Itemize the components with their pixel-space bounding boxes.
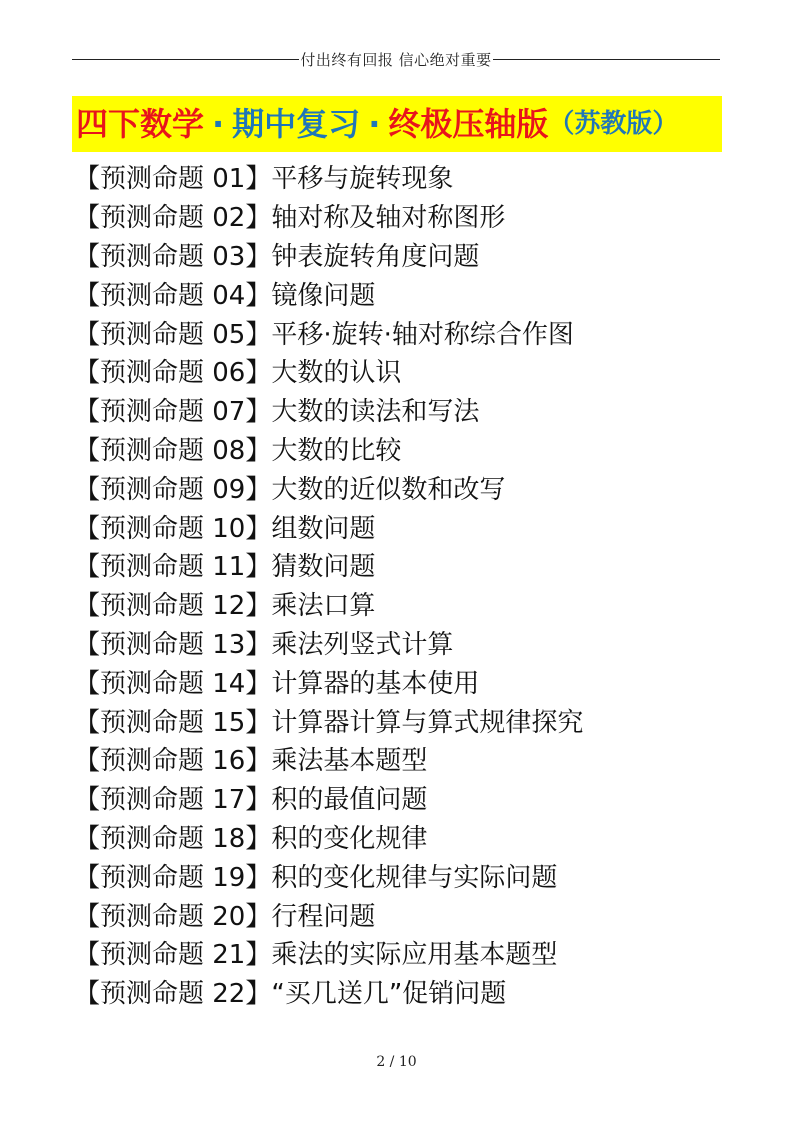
document-title: 四下数学 · 期中复习 · 终极压轴版 （苏教版） — [72, 96, 722, 152]
list-item: 【预测命题 06】大数的认识 — [74, 354, 583, 393]
topic-label: 【预测命题 06】 — [74, 360, 271, 386]
topic-label: 【预测命题 03】 — [74, 244, 271, 270]
list-item: 【预测命题 03】钟表旋转角度问题 — [74, 238, 583, 277]
list-item: 【预测命题 21】乘法的实际应用基本题型 — [74, 936, 583, 975]
topic-label: 【预测命题 04】 — [74, 283, 271, 309]
list-item: 【预测命题 18】积的变化规律 — [74, 820, 583, 859]
topic-title: 组数问题 — [271, 516, 375, 542]
title-separator-dot: · — [204, 108, 232, 140]
list-item: 【预测命题 22】“买几送几”促销问题 — [74, 975, 583, 1014]
list-item: 【预测命题 11】猜数问题 — [74, 548, 583, 587]
list-item: 【预测命题 04】镜像问题 — [74, 276, 583, 315]
topic-label: 【预测命题 01】 — [74, 166, 271, 192]
list-item: 【预测命题 16】乘法基本题型 — [74, 742, 583, 781]
topic-title: 乘法基本题型 — [271, 748, 427, 774]
title-segment-edition-note: （苏教版） — [548, 111, 678, 137]
topic-title: 钟表旋转角度问题 — [271, 244, 479, 270]
topic-title: 镜像问题 — [271, 283, 375, 309]
topic-title: “买几送几”促销问题 — [271, 981, 506, 1007]
topic-title: 大数的近似数和改写 — [271, 477, 505, 503]
topic-title: 大数的读法和写法 — [271, 399, 479, 425]
list-item: 【预测命题 01】平移与旋转现象 — [74, 160, 583, 199]
topic-label: 【预测命题 13】 — [74, 632, 271, 658]
header-rule-right — [493, 59, 720, 60]
topic-title: 行程问题 — [271, 904, 375, 930]
topic-title: 计算器的基本使用 — [271, 671, 479, 697]
topic-list: 【预测命题 01】平移与旋转现象【预测命题 02】轴对称及轴对称图形【预测命题 … — [74, 160, 583, 1014]
topic-label: 【预测命题 05】 — [74, 322, 271, 348]
topic-label: 【预测命题 02】 — [74, 205, 271, 231]
title-segment-ultimate-edition: 终极压轴版 — [388, 108, 548, 140]
topic-label: 【预测命题 16】 — [74, 748, 271, 774]
list-item: 【预测命题 09】大数的近似数和改写 — [74, 470, 583, 509]
topic-label: 【预测命题 07】 — [74, 399, 271, 425]
list-item: 【预测命题 05】平移·旋转·轴对称综合作图 — [74, 315, 583, 354]
topic-title: 乘法的实际应用基本题型 — [271, 942, 557, 968]
topic-label: 【预测命题 10】 — [74, 516, 271, 542]
topic-label: 【预测命题 20】 — [74, 904, 271, 930]
page-number: 2 / 10 — [0, 1054, 793, 1070]
topic-title: 平移与旋转现象 — [271, 166, 453, 192]
topic-label: 【预测命题 17】 — [74, 787, 271, 813]
title-segment-midterm-review: 期中复习 — [232, 108, 360, 140]
list-item: 【预测命题 10】组数问题 — [74, 509, 583, 548]
topic-label: 【预测命题 08】 — [74, 438, 271, 464]
list-item: 【预测命题 17】积的最值问题 — [74, 781, 583, 820]
list-item: 【预测命题 14】计算器的基本使用 — [74, 664, 583, 703]
topic-title: 乘法口算 — [271, 593, 375, 619]
list-item: 【预测命题 19】积的变化规律与实际问题 — [74, 858, 583, 897]
list-item: 【预测命题 15】计算器计算与算式规律探究 — [74, 703, 583, 742]
title-segment-grade-subject: 四下数学 — [76, 108, 204, 140]
list-item: 【预测命题 08】大数的比较 — [74, 432, 583, 471]
topic-title: 积的最值问题 — [271, 787, 427, 813]
list-item: 【预测命题 13】乘法列竖式计算 — [74, 626, 583, 665]
topic-label: 【预测命题 21】 — [74, 942, 271, 968]
topic-title: 轴对称及轴对称图形 — [271, 205, 505, 231]
topic-title: 积的变化规律与实际问题 — [271, 865, 557, 891]
title-separator-dot: · — [360, 108, 388, 140]
topic-title: 计算器计算与算式规律探究 — [271, 710, 583, 736]
topic-label: 【预测命题 22】 — [74, 981, 271, 1007]
topic-label: 【预测命题 12】 — [74, 593, 271, 619]
topic-title: 大数的比较 — [271, 438, 401, 464]
topic-title: 乘法列竖式计算 — [271, 632, 453, 658]
list-item: 【预测命题 07】大数的读法和写法 — [74, 393, 583, 432]
topic-label: 【预测命题 18】 — [74, 826, 271, 852]
topic-title: 积的变化规律 — [271, 826, 427, 852]
topic-title: 平移·旋转·轴对称综合作图 — [271, 322, 574, 348]
header-motto: 付出终有回报 信心绝对重要 — [299, 49, 492, 70]
topic-title: 大数的认识 — [271, 360, 401, 386]
topic-label: 【预测命题 19】 — [74, 865, 271, 891]
list-item: 【预测命题 20】行程问题 — [74, 897, 583, 936]
header-rule-left — [72, 59, 299, 60]
list-item: 【预测命题 02】轴对称及轴对称图形 — [74, 199, 583, 238]
page-header: 付出终有回报 信心绝对重要 — [72, 48, 720, 70]
topic-title: 猜数问题 — [271, 554, 375, 580]
topic-label: 【预测命题 09】 — [74, 477, 271, 503]
list-item: 【预测命题 12】乘法口算 — [74, 587, 583, 626]
topic-label: 【预测命题 15】 — [74, 710, 271, 736]
topic-label: 【预测命题 14】 — [74, 671, 271, 697]
topic-label: 【预测命题 11】 — [74, 554, 271, 580]
